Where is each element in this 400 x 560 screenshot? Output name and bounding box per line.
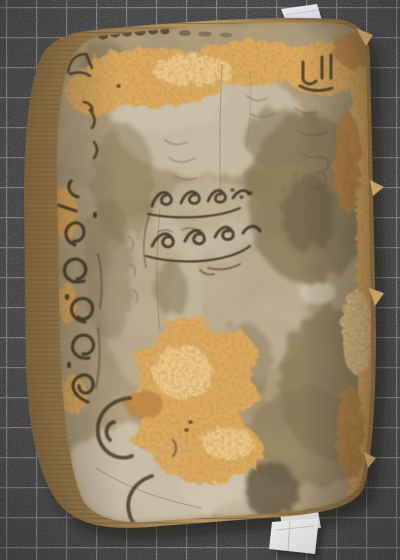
vignette: [0, 0, 400, 560]
photo-canvas: [0, 0, 400, 560]
photo-of-manuscript-on-cutting-mat: [0, 0, 400, 560]
